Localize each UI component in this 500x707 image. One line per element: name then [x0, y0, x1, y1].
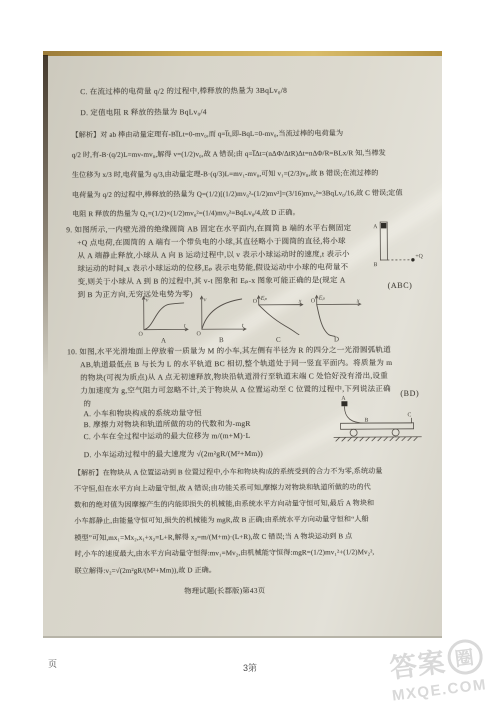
- watermark-circle-logo: 圈: [445, 638, 484, 677]
- exam-paper-photo: C. 在流过棒的电荷量 q/2 的过程中,棒释放的热量为 3BqLv₀/8 D.…: [43, 51, 442, 638]
- q10-analysis-line: 时,小车的速度最大,由水平方向动量守恒得:mv₁=Mv₂,由机械能守恒得:mgR…: [74, 547, 374, 559]
- q9-line: 从 A 端静止释放,小球从 A 向 B 运动过程中,以 v 表示小球运动时的速度…: [77, 248, 349, 261]
- q10-option-a: A. 小车和物块构成的系统动量守恒: [83, 407, 201, 419]
- q10-option-d: D. 小车运动过程中的最大速度为 √(2m²gR/(M²+Mm)): [84, 448, 263, 460]
- q9-answer: (ABC): [388, 281, 413, 290]
- cart-wheel: [392, 429, 399, 436]
- q8-option-c: C. 在流过棒的电荷量 q/2 的过程中,棒释放的热量为 3BqLv₀/8: [80, 85, 287, 97]
- q9-graph-b: v t O B: [196, 293, 250, 343]
- point-charge-dot: [411, 258, 414, 261]
- q10-line: AB,轨道最低点 B 与长为 L 的水平轨道 BC 相切,整个轨道处于同一竖直平…: [80, 357, 392, 370]
- q9-line: +Q 点电荷,在圆筒的 A 端有一个带负电的小球,其直径略小于圆筒的直径,将小球: [77, 235, 345, 248]
- axis-origin: O: [196, 331, 201, 337]
- axis-label-v: v: [204, 297, 207, 303]
- q8-analysis-line: 生位移为 x/3 时,电荷量为 q/3,由动量定理-B·(q/3)L=mv₁-m…: [72, 168, 379, 180]
- paper-content: C. 在流过棒的电荷量 q/2 的过程中,棒释放的热量为 3BqLv₀/8 D.…: [43, 51, 442, 637]
- axis-origin: O: [138, 332, 143, 338]
- q9-line: 球运动的时间,x 表示小球运动的位移,Eₚ 表示电势能,假设运动中小球的电荷量不: [77, 261, 348, 274]
- tube-label-charge: +Q: [415, 254, 423, 260]
- q8-analysis-line: 电荷量为 q/2 的过程中,棒释放的热量为 Q=(1/2)[(1/2)mv₀²-…: [72, 188, 403, 200]
- q10-analysis-line: 模型”可知,mx₁=Mx₂,x₁+x₂=L+R,解得 x₂=m/(M+m)·(L…: [74, 531, 352, 543]
- q10-option-c: C. 小车在全过程中运动的最大位移为 m/(m+M)·L: [84, 430, 251, 442]
- axis-label-v: v: [146, 298, 149, 304]
- q10-analysis-line: 【解析】在物块从 A 位置运动到 B 位置过程中,小车和物块构成的系统受到的合力…: [74, 466, 383, 478]
- cart-label-c: C: [407, 412, 411, 418]
- graph-option-label: D: [334, 335, 339, 343]
- q10-cart-figure: A B C: [331, 394, 423, 443]
- paper-page-footer: 物理试题(长郡版)第43页: [45, 585, 405, 598]
- q8-analysis-line: q/2 时,有-B·(q/2)L=mv-mv₀,解得 v=(1/2)v₀,故 A…: [72, 148, 386, 160]
- q10-line: 的物块(可视为质点)从 A 点无初速释放,物块沿轨道滑行至轨道末端 C 处恰好没…: [80, 370, 388, 383]
- ball-at-a: [381, 223, 386, 228]
- q10-analysis-line: 小车都静止,由能量守恒可知,损失的机械能为 mgR,故 B 正确;由系统水平方向…: [74, 514, 369, 526]
- q8-analysis-line: 【解析】对 ab 棒由动量定理有-BI̅Lt=0-mv₀,而 q=I̅t,即-B…: [72, 128, 344, 140]
- cart-body: [341, 423, 414, 430]
- axis-origin: O: [253, 299, 258, 305]
- q8-option-d: D. 定值电阻 R 释放的热量为 BqLv₀/4: [80, 106, 206, 118]
- axis-label-x: x: [298, 299, 302, 305]
- tube-label-a: A: [373, 224, 378, 230]
- block-at-a: [341, 401, 347, 406]
- tube-label-b: B: [373, 262, 377, 268]
- q8-analysis-line: 电阻 R 释放的热量为 Q₁=(1/2)×(1/2)mv₀²=(1/4)mv₀²…: [72, 208, 300, 220]
- answer-circle-watermark: 答案 圈 MXQE.COM: [373, 634, 500, 706]
- q9-graph-a: v t O A: [138, 293, 192, 343]
- watermark-text: 答案: [387, 640, 447, 686]
- axis-label-ep: Eₚ: [260, 296, 268, 302]
- cart-wheel: [350, 429, 357, 436]
- q9-line: 变,则关于小球从 A 到 B 的过程中,其 v-t 图象和 Eₚ-x 图象可能正…: [78, 274, 346, 287]
- graph-option-label: A: [161, 337, 166, 345]
- axis-label-x: x: [356, 298, 360, 304]
- page-number-center: 3第: [243, 661, 257, 674]
- graph-option-label: C: [276, 336, 281, 344]
- q10-analysis-line: 数和的绝对值为因摩擦产生的内能即损失的机械能,由系统水平方向动量守恒可知,最后 …: [74, 498, 374, 510]
- cart-label-a: A: [341, 396, 346, 402]
- q10-analysis-line: 联立解得:v₂=√(2m²gR/(M²+Mm)),故 D 正确。: [75, 565, 217, 576]
- axis-origin: O: [311, 298, 316, 304]
- q10-analysis-line: 不守恒,但在水平方向上动量守恒,故 A 错误;由功能关系可知,摩擦力对物块和轨道…: [74, 482, 371, 494]
- q10-option-b: B. 摩擦力对物块和轨道所做的功的代数和为-mgR: [84, 418, 251, 430]
- axis-label-ep: Eₚ: [318, 295, 326, 301]
- q9-graph-c: Eₚ x O C: [253, 293, 307, 343]
- graph-option-label: B: [219, 336, 224, 344]
- q10-line: 10. 如图,水平光滑地面上停放着一质量为 M 的小车,其左侧有半径为 R 的四…: [67, 344, 391, 357]
- q9-tube-figure: A B +Q: [372, 216, 430, 274]
- q9-line: 9. 如图所示,一内壁光滑的绝缘圆筒 AB 固定在水平面内,在圆筒 B 端的水平…: [66, 222, 351, 235]
- cart-label-b: B: [365, 418, 369, 424]
- page-number-left: 页: [48, 657, 57, 670]
- q9-graph-d: Eₚ x O D: [311, 292, 365, 342]
